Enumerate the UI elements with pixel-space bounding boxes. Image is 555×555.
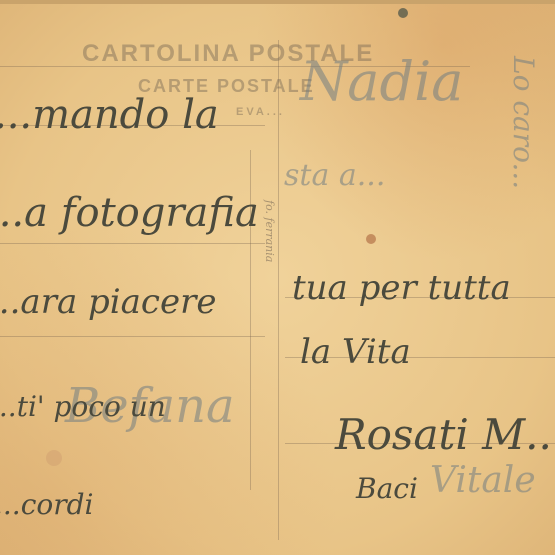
message-left-line2: ...a fotografia xyxy=(0,190,259,236)
message-left-line4: ...ti' poco un xyxy=(0,390,166,423)
pencil-line: sta a... xyxy=(284,158,385,193)
message-right-line3: Rosati M... xyxy=(335,410,555,459)
postcard: CARTOLINA POSTALE CARTE POSTALE EVA... f… xyxy=(0,0,555,555)
message-left-line3: ...ara piacere xyxy=(0,282,216,322)
printer-mark: fo. ferrania xyxy=(263,200,276,262)
stain-dot xyxy=(398,8,408,18)
stain-dot xyxy=(366,234,376,244)
pencil-vertical-2: Lo caro... xyxy=(507,56,540,189)
card-top-edge xyxy=(0,0,555,4)
message-right-line2: la Vita xyxy=(300,332,411,372)
message-left-line5: ...cordi xyxy=(0,488,94,521)
message-right-line1: tua per tutta xyxy=(292,268,511,308)
message-right-line4: Baci xyxy=(356,472,418,505)
message-left-line1: ...mando la xyxy=(0,92,219,138)
pencil-lower-right: Vitale xyxy=(430,460,536,501)
ruled-line xyxy=(0,243,265,244)
pencil-name-top: Nadia xyxy=(300,50,463,113)
stain-dot xyxy=(46,450,62,466)
ruled-line xyxy=(0,336,265,337)
divider-line xyxy=(278,40,279,540)
